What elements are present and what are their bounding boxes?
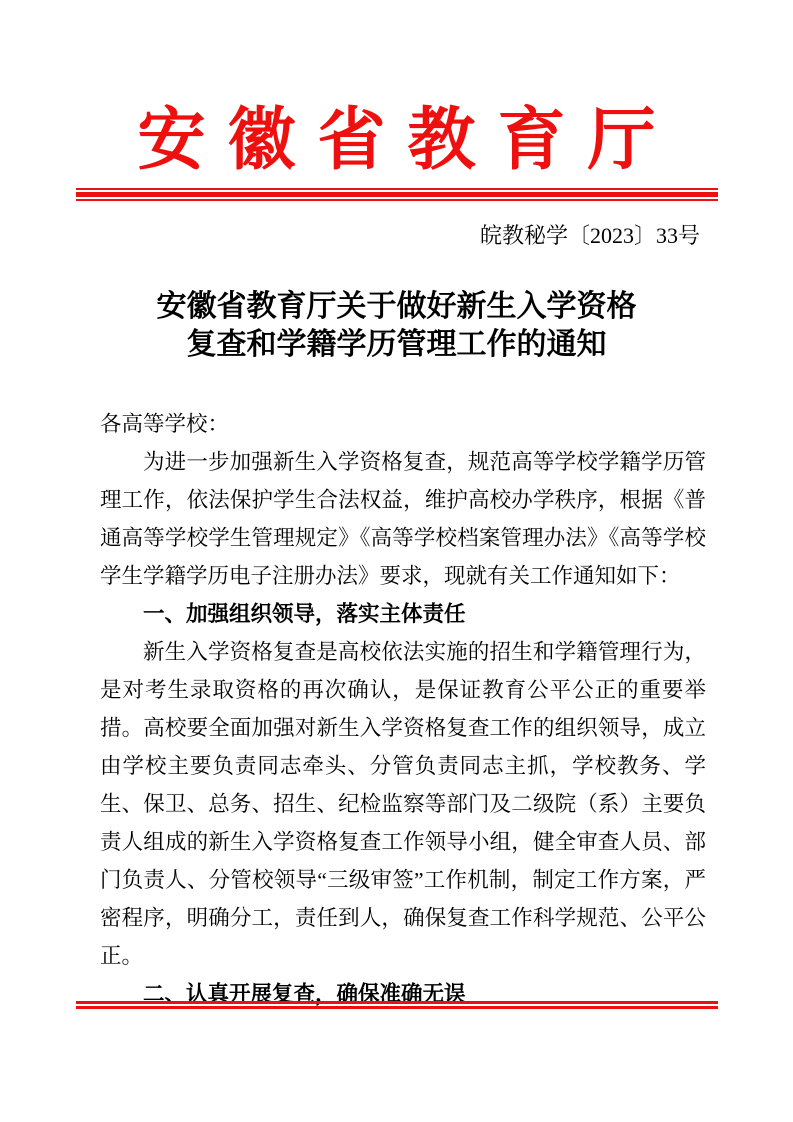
salutation: 各高等学校： xyxy=(100,405,706,443)
agency-name: 安徽省教育厅 xyxy=(0,103,793,178)
footer-separator-rule xyxy=(76,1001,718,1009)
document-number: 皖教秘学〔2023〕33号 xyxy=(0,221,793,251)
document-page: 安徽省教育厅 皖教秘学〔2023〕33号 安徽省教育厅关于做好新生入学资格 复查… xyxy=(0,0,793,1122)
document-title: 安徽省教育厅关于做好新生入学资格 复查和学籍学历管理工作的通知 xyxy=(0,288,793,364)
footer-rule-bottom xyxy=(76,1006,718,1009)
document-title-line-2: 复查和学籍学历管理工作的通知 xyxy=(0,326,793,364)
document-body: 各高等学校： 为进一步加强新生入学资格复查，规范高等学校学籍学历管理工作，依法保… xyxy=(100,405,706,1013)
header-separator-rule xyxy=(76,188,718,201)
header-rule-thin-bottom xyxy=(76,199,718,201)
intro-paragraph: 为进一步加强新生入学资格复查，规范高等学校学籍学历管理工作，依法保护学生合法权益… xyxy=(100,443,706,595)
section-1-heading: 一、加强组织领导，落实主体责任 xyxy=(100,595,706,633)
document-title-line-1: 安徽省教育厅关于做好新生入学资格 xyxy=(0,288,793,326)
section-1-paragraph: 新生入学资格复查是高校依法实施的招生和学籍管理行为，是对考生录取资格的再次确认，… xyxy=(100,633,706,975)
